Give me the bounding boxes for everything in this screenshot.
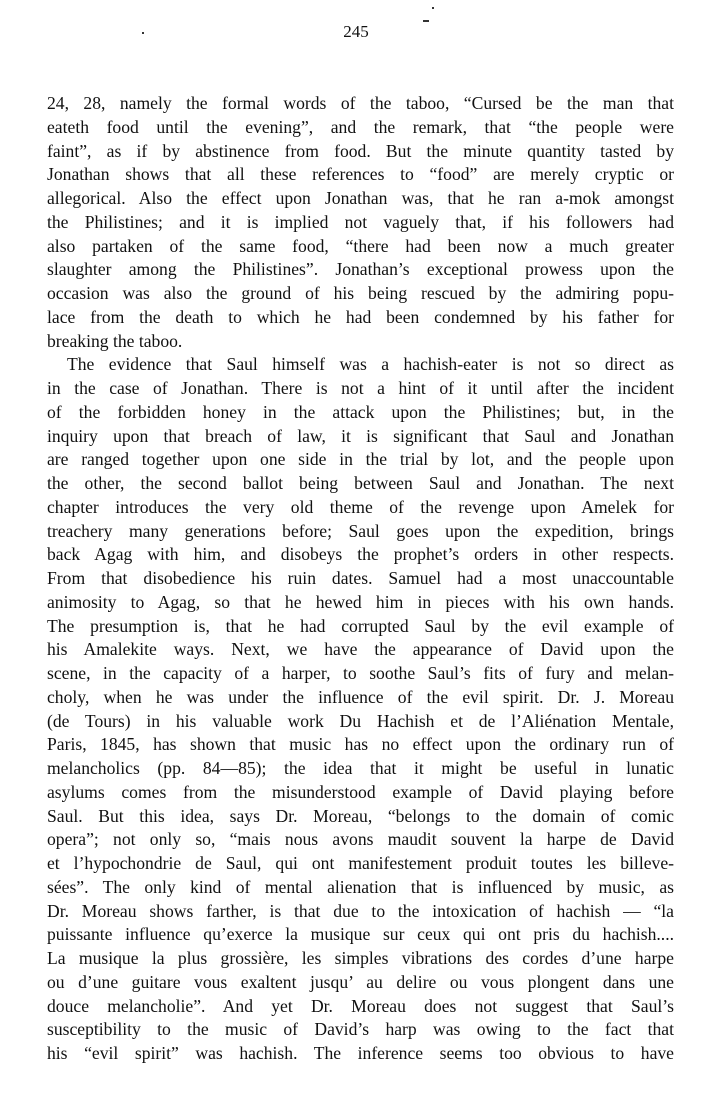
text-line: puissante influence qu’exerce la musique… (47, 923, 674, 947)
scan-speck (432, 7, 434, 9)
text-line: of the forbidden honey in the attack upo… (47, 401, 674, 425)
text-line: are ranged together upon one side in the… (47, 448, 674, 472)
text-line: chapter introduces the very old theme of… (47, 496, 674, 520)
text-line: also partaken of the same food, “there h… (47, 235, 674, 259)
text-line: The presumption is, that he had corrupte… (47, 615, 674, 639)
text-line: the other, the second ballot being betwe… (47, 472, 674, 496)
text-line: melancholics (pp. 84—85); the idea that … (47, 757, 674, 781)
text-line: From that disobedience his ruin dates. S… (47, 567, 674, 591)
text-line: choly, when he was under the influence o… (47, 686, 674, 710)
scan-speck (423, 20, 429, 22)
text-line: occasion was also the ground of his bein… (47, 282, 674, 306)
text-line: Saul. But this idea, says Dr. Moreau, “b… (47, 805, 674, 829)
text-line: back Agag with him, and disobeys the pro… (47, 543, 674, 567)
text-line: (de Tours) in his valuable work Du Hachi… (47, 710, 674, 734)
text-line: Jonathan shows that all these references… (47, 163, 674, 187)
text-line: treachery many generations before; Saul … (47, 520, 674, 544)
text-line: 24, 28, namely the formal words of the t… (47, 92, 674, 116)
text-line: asylums comes from the misunderstood exa… (47, 781, 674, 805)
text-line: eateth food until the evening”, and the … (47, 116, 674, 140)
text-line: breaking the taboo. (47, 330, 674, 354)
text-line: et l’hypochondrie de Saul, qui ont manif… (47, 852, 674, 876)
text-line: lace from the death to which he had been… (47, 306, 674, 330)
body-text: 24, 28, namely the formal words of the t… (47, 92, 674, 1066)
page-number: 245 (0, 22, 712, 42)
text-line: La musique la plus grossière, les simple… (47, 947, 674, 971)
text-line: inquiry upon that breach of law, it is s… (47, 425, 674, 449)
text-line: in the case of Jonathan. There is not a … (47, 377, 674, 401)
text-line: scene, in the capacity of a harper, to s… (47, 662, 674, 686)
text-line: allegorical. Also the effect upon Jonath… (47, 187, 674, 211)
text-line: his “evil spirit” was hachish. The infer… (47, 1042, 674, 1066)
text-line: opera”; not only so, “mais nous avons ma… (47, 828, 674, 852)
text-line: The evidence that Saul himself was a hac… (47, 353, 674, 377)
text-line: sées”. The only kind of mental alienatio… (47, 876, 674, 900)
scan-speck (142, 32, 144, 34)
text-line: Dr. Moreau shows farther, is that due to… (47, 900, 674, 924)
text-line: slaughter among the Philistines”. Jonath… (47, 258, 674, 282)
text-line: Paris, 1845, has shown that music has no… (47, 733, 674, 757)
text-line: his Amalekite ways. Next, we have the ap… (47, 638, 674, 662)
text-line: animosity to Agag, so that he hewed him … (47, 591, 674, 615)
text-line: ou d’une guitare vous exaltent jusqu’ au… (47, 971, 674, 995)
text-line: faint”, as if by abstinence from food. B… (47, 140, 674, 164)
text-line: the Philistines; and it is implied not v… (47, 211, 674, 235)
text-line: douce melancholie”. And yet Dr. Moreau d… (47, 995, 674, 1019)
text-line: susceptibility to the music of David’s h… (47, 1018, 674, 1042)
